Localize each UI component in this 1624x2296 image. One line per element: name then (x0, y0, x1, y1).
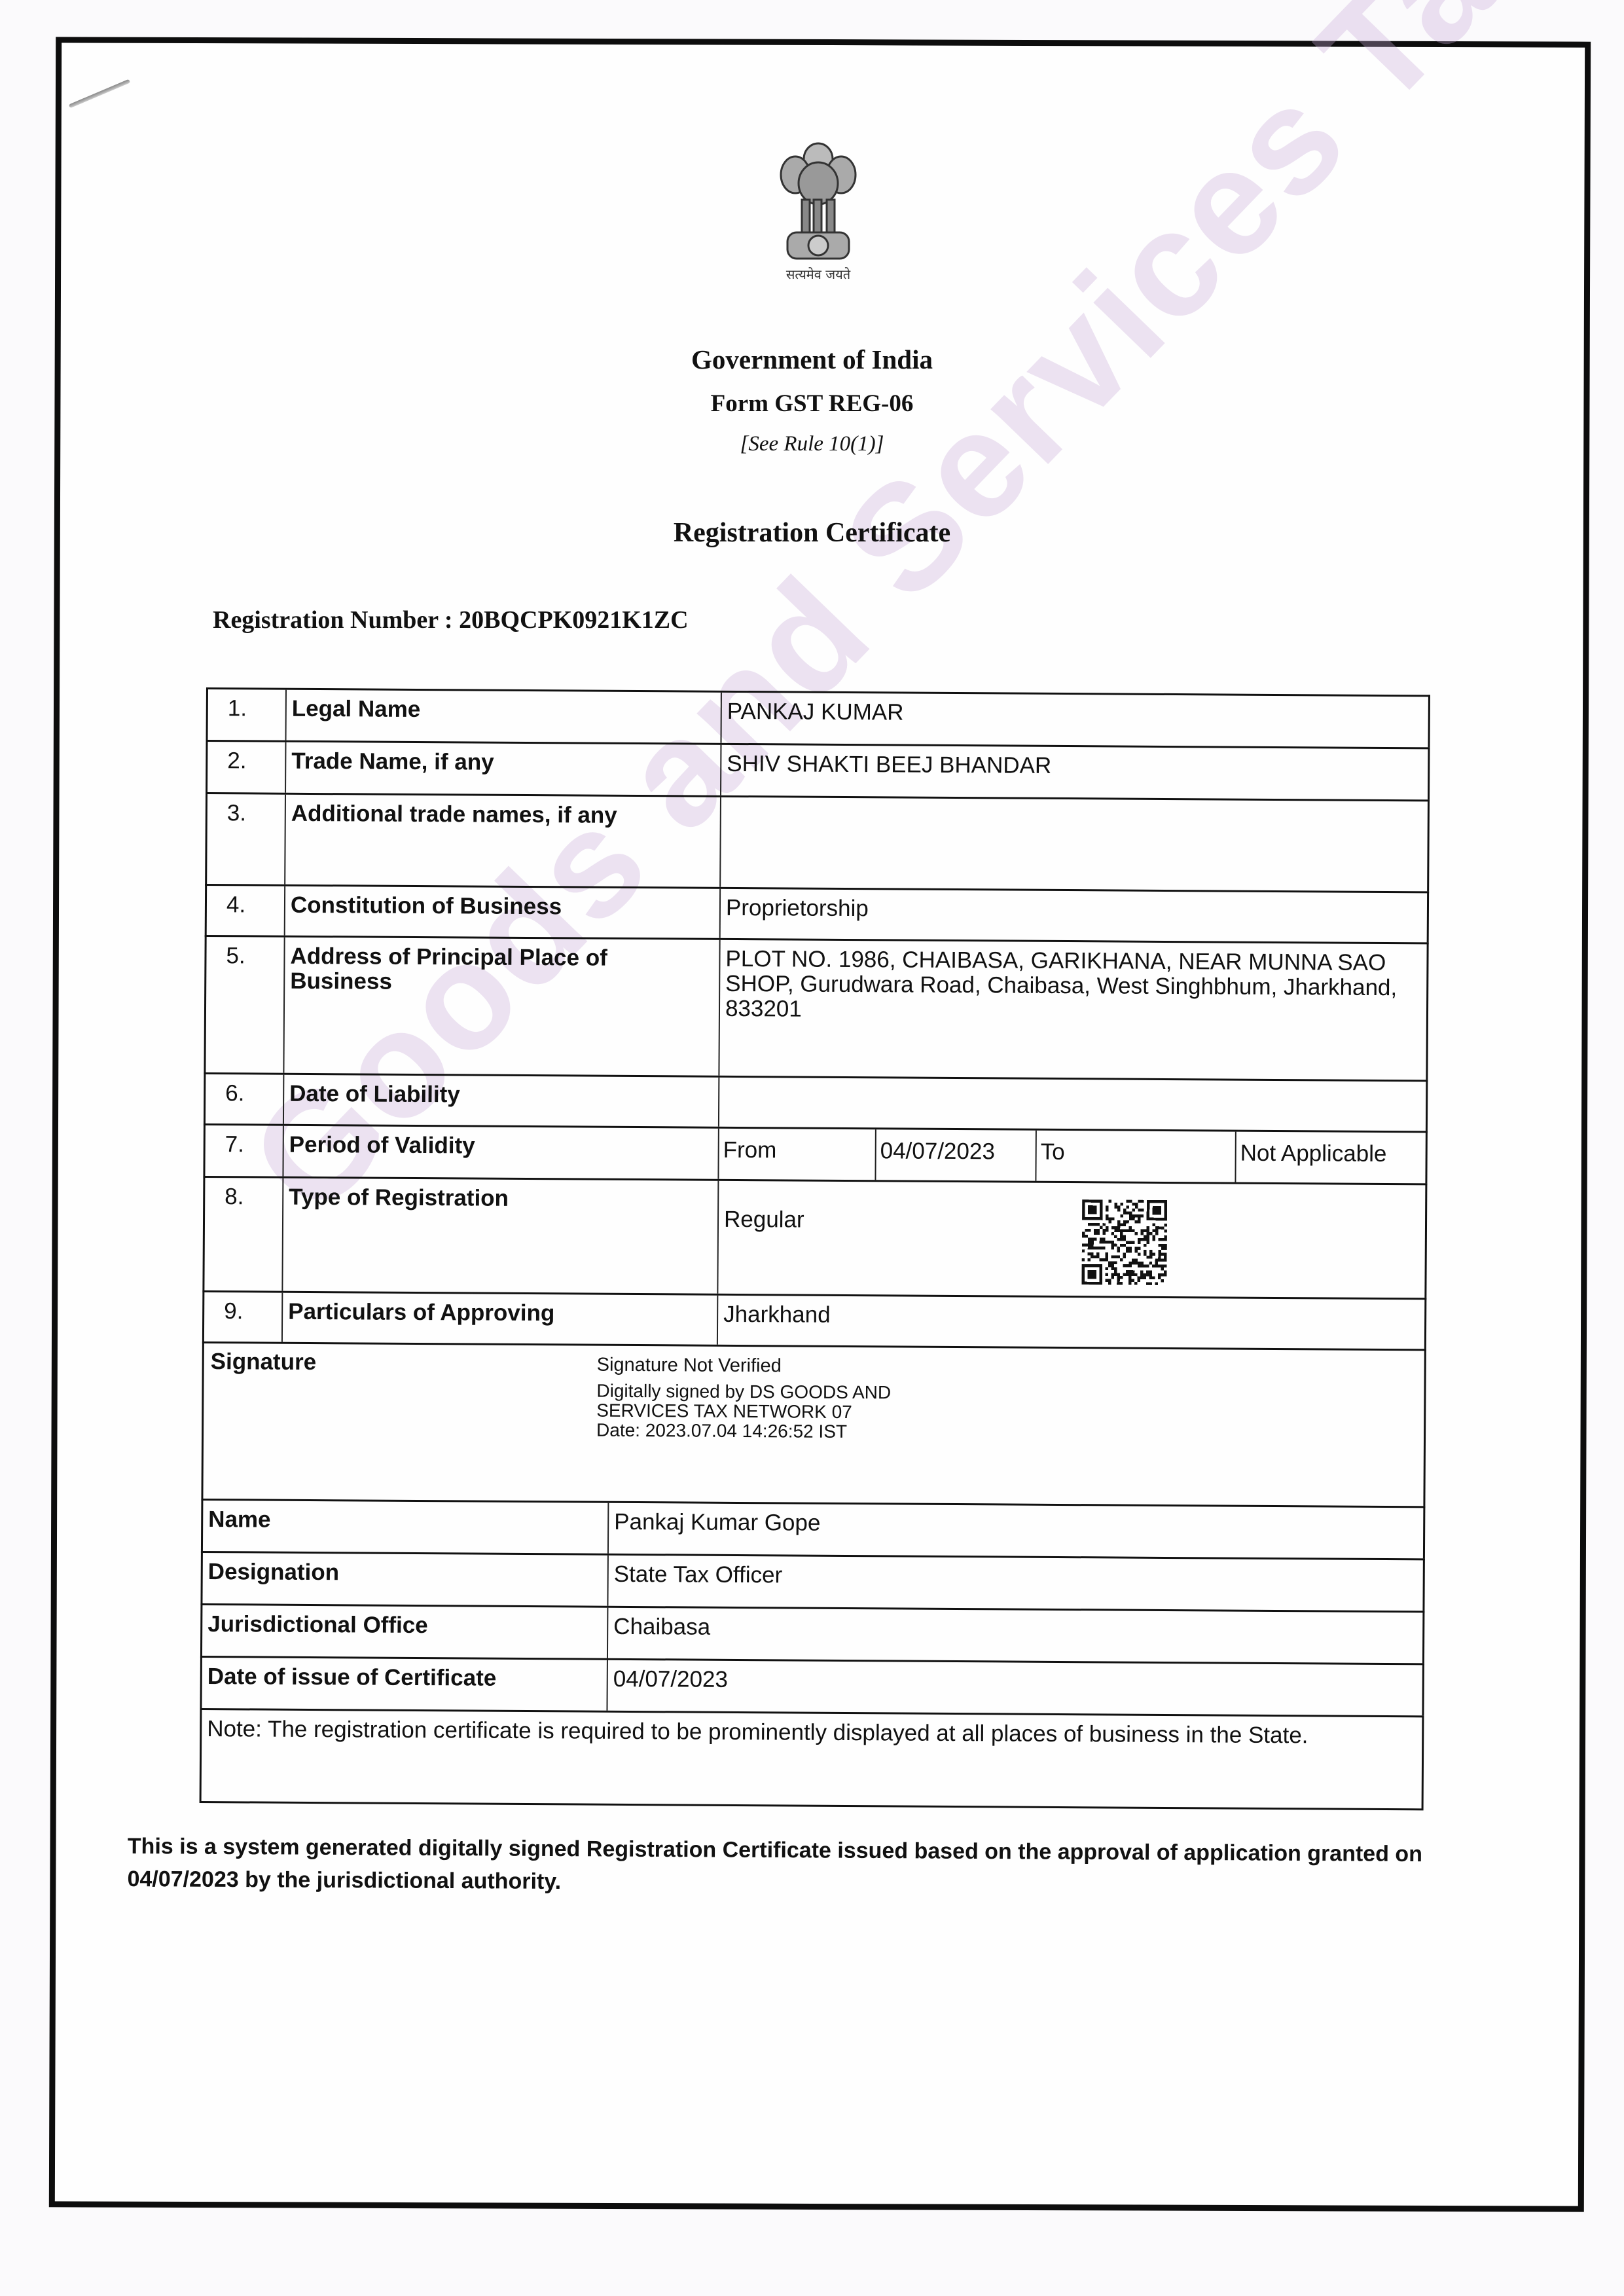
note-row: Note: The registration certificate is re… (200, 1708, 1424, 1810)
table-row: Designation State Tax Officer (200, 1551, 1424, 1611)
field-label: Additional trade names, if any (285, 795, 721, 887)
signature-row: Signature Signature Not Verified Digital… (201, 1341, 1426, 1506)
constitution-value: Proprietorship (721, 889, 1427, 943)
table-row: 3. Additional trade names, if any (205, 792, 1430, 891)
to-date-value: Not Applicable (1236, 1132, 1425, 1184)
field-label: Trade Name, if any (286, 742, 721, 795)
trade-name-value: SHIV SHAKTI BEEJ BHANDAR (721, 745, 1428, 800)
designation-label: Designation (202, 1553, 608, 1606)
rule-reference: [See Rule 10(1)] (0, 432, 1624, 456)
field-label: Period of Validity (283, 1126, 719, 1179)
legal-name-value: PANKAJ KUMAR (721, 693, 1428, 748)
registration-type-value: Regular (724, 1207, 804, 1233)
row-number: 5. (206, 937, 285, 1073)
signature-status: Signature Not Verified (597, 1355, 1424, 1380)
table-row: Date of issue of Certificate 04/07/2023 (200, 1656, 1424, 1715)
row-number: 3. (207, 794, 286, 884)
display-note: Note: The registration certificate is re… (202, 1710, 1314, 1808)
table-row: 2. Trade Name, if any SHIV SHAKTI BEEJ B… (206, 740, 1430, 799)
table-row: 6. Date of Liability (204, 1072, 1428, 1131)
address-value: PLOT NO. 1986, CHAIBASA, GARIKHANA, NEAR… (719, 940, 1426, 1080)
row-number: 2. (208, 742, 286, 793)
table-row: 7. Period of Validity From 04/07/2023 To… (203, 1123, 1427, 1183)
row-number: 7. (205, 1125, 283, 1176)
registration-number: Registration Number : 20BQCPK0921K1ZC (213, 606, 689, 634)
row-number: 9. (204, 1292, 283, 1342)
certificate-title: Registration Certificate (0, 517, 1624, 549)
table-row: Name Pankaj Kumar Gope (201, 1499, 1425, 1558)
row-number: 6. (206, 1074, 284, 1124)
registration-type-cell: Regular (718, 1181, 1425, 1298)
officer-name-label: Name (203, 1501, 609, 1554)
from-date-value: 04/07/2023 (876, 1129, 1036, 1180)
row-number: 4. (207, 886, 285, 936)
to-label: To (1036, 1131, 1236, 1182)
table-row: Jurisdictional Office Chaibasa (200, 1603, 1424, 1663)
validity-period: From 04/07/2023 To Not Applicable (719, 1129, 1425, 1184)
table-row: 1. Legal Name PANKAJ KUMAR (206, 687, 1430, 747)
field-label: Type of Registration (283, 1178, 719, 1294)
field-label: Constitution of Business (285, 886, 721, 938)
date-of-liability-value (719, 1078, 1426, 1131)
signature-label: Signature (203, 1343, 596, 1501)
table-row: 5. Address of Principal Place of Busines… (204, 935, 1428, 1080)
jurisdictional-office-value: Chaibasa (608, 1608, 1422, 1664)
officer-name-value: Pankaj Kumar Gope (609, 1503, 1423, 1559)
signature-date: Date: 2023.07.04 14:26:52 IST (596, 1421, 1424, 1446)
field-label: Particulars of Approving (283, 1293, 718, 1345)
row-number: 8. (204, 1178, 283, 1291)
table-row: 8. Type of Registration Regular (202, 1176, 1427, 1298)
from-label: From (719, 1129, 876, 1180)
additional-trade-names-value (721, 797, 1428, 892)
table-row: 4. Constitution of Business Proprietorsh… (205, 884, 1429, 942)
registration-number-label: Registration Number : (213, 606, 453, 634)
issue-date-value: 04/07/2023 (607, 1660, 1422, 1716)
digital-signature: Signature Not Verified Digitally signed … (596, 1346, 1424, 1506)
registration-number-value: 20BQCPK0921K1ZC (459, 606, 688, 634)
registration-details-table: 1. Legal Name PANKAJ KUMAR 2. Trade Name… (200, 687, 1430, 1810)
form-title: Form GST REG-06 (0, 390, 1624, 418)
jurisdictional-office-label: Jurisdictional Office (202, 1605, 608, 1658)
field-label: Date of Liability (284, 1075, 719, 1127)
table-row: 9. Particulars of Approving Jharkhand (202, 1290, 1426, 1349)
field-label: Legal Name (287, 690, 722, 743)
row-number: 1. (208, 689, 287, 740)
qr-code-icon (1081, 1199, 1167, 1285)
issue-date-label: Date of issue of Certificate (202, 1658, 607, 1711)
emblem-motto: सत्यमेव जयते (759, 265, 877, 283)
designation-value: State Tax Officer (608, 1556, 1422, 1611)
field-label: Address of Principal Place of Business (284, 938, 720, 1076)
approving-authority-value: Jharkhand (718, 1296, 1424, 1349)
system-generated-statement: This is a system generated digitally sig… (127, 1830, 1470, 1904)
government-heading: Government of India (0, 344, 1624, 375)
